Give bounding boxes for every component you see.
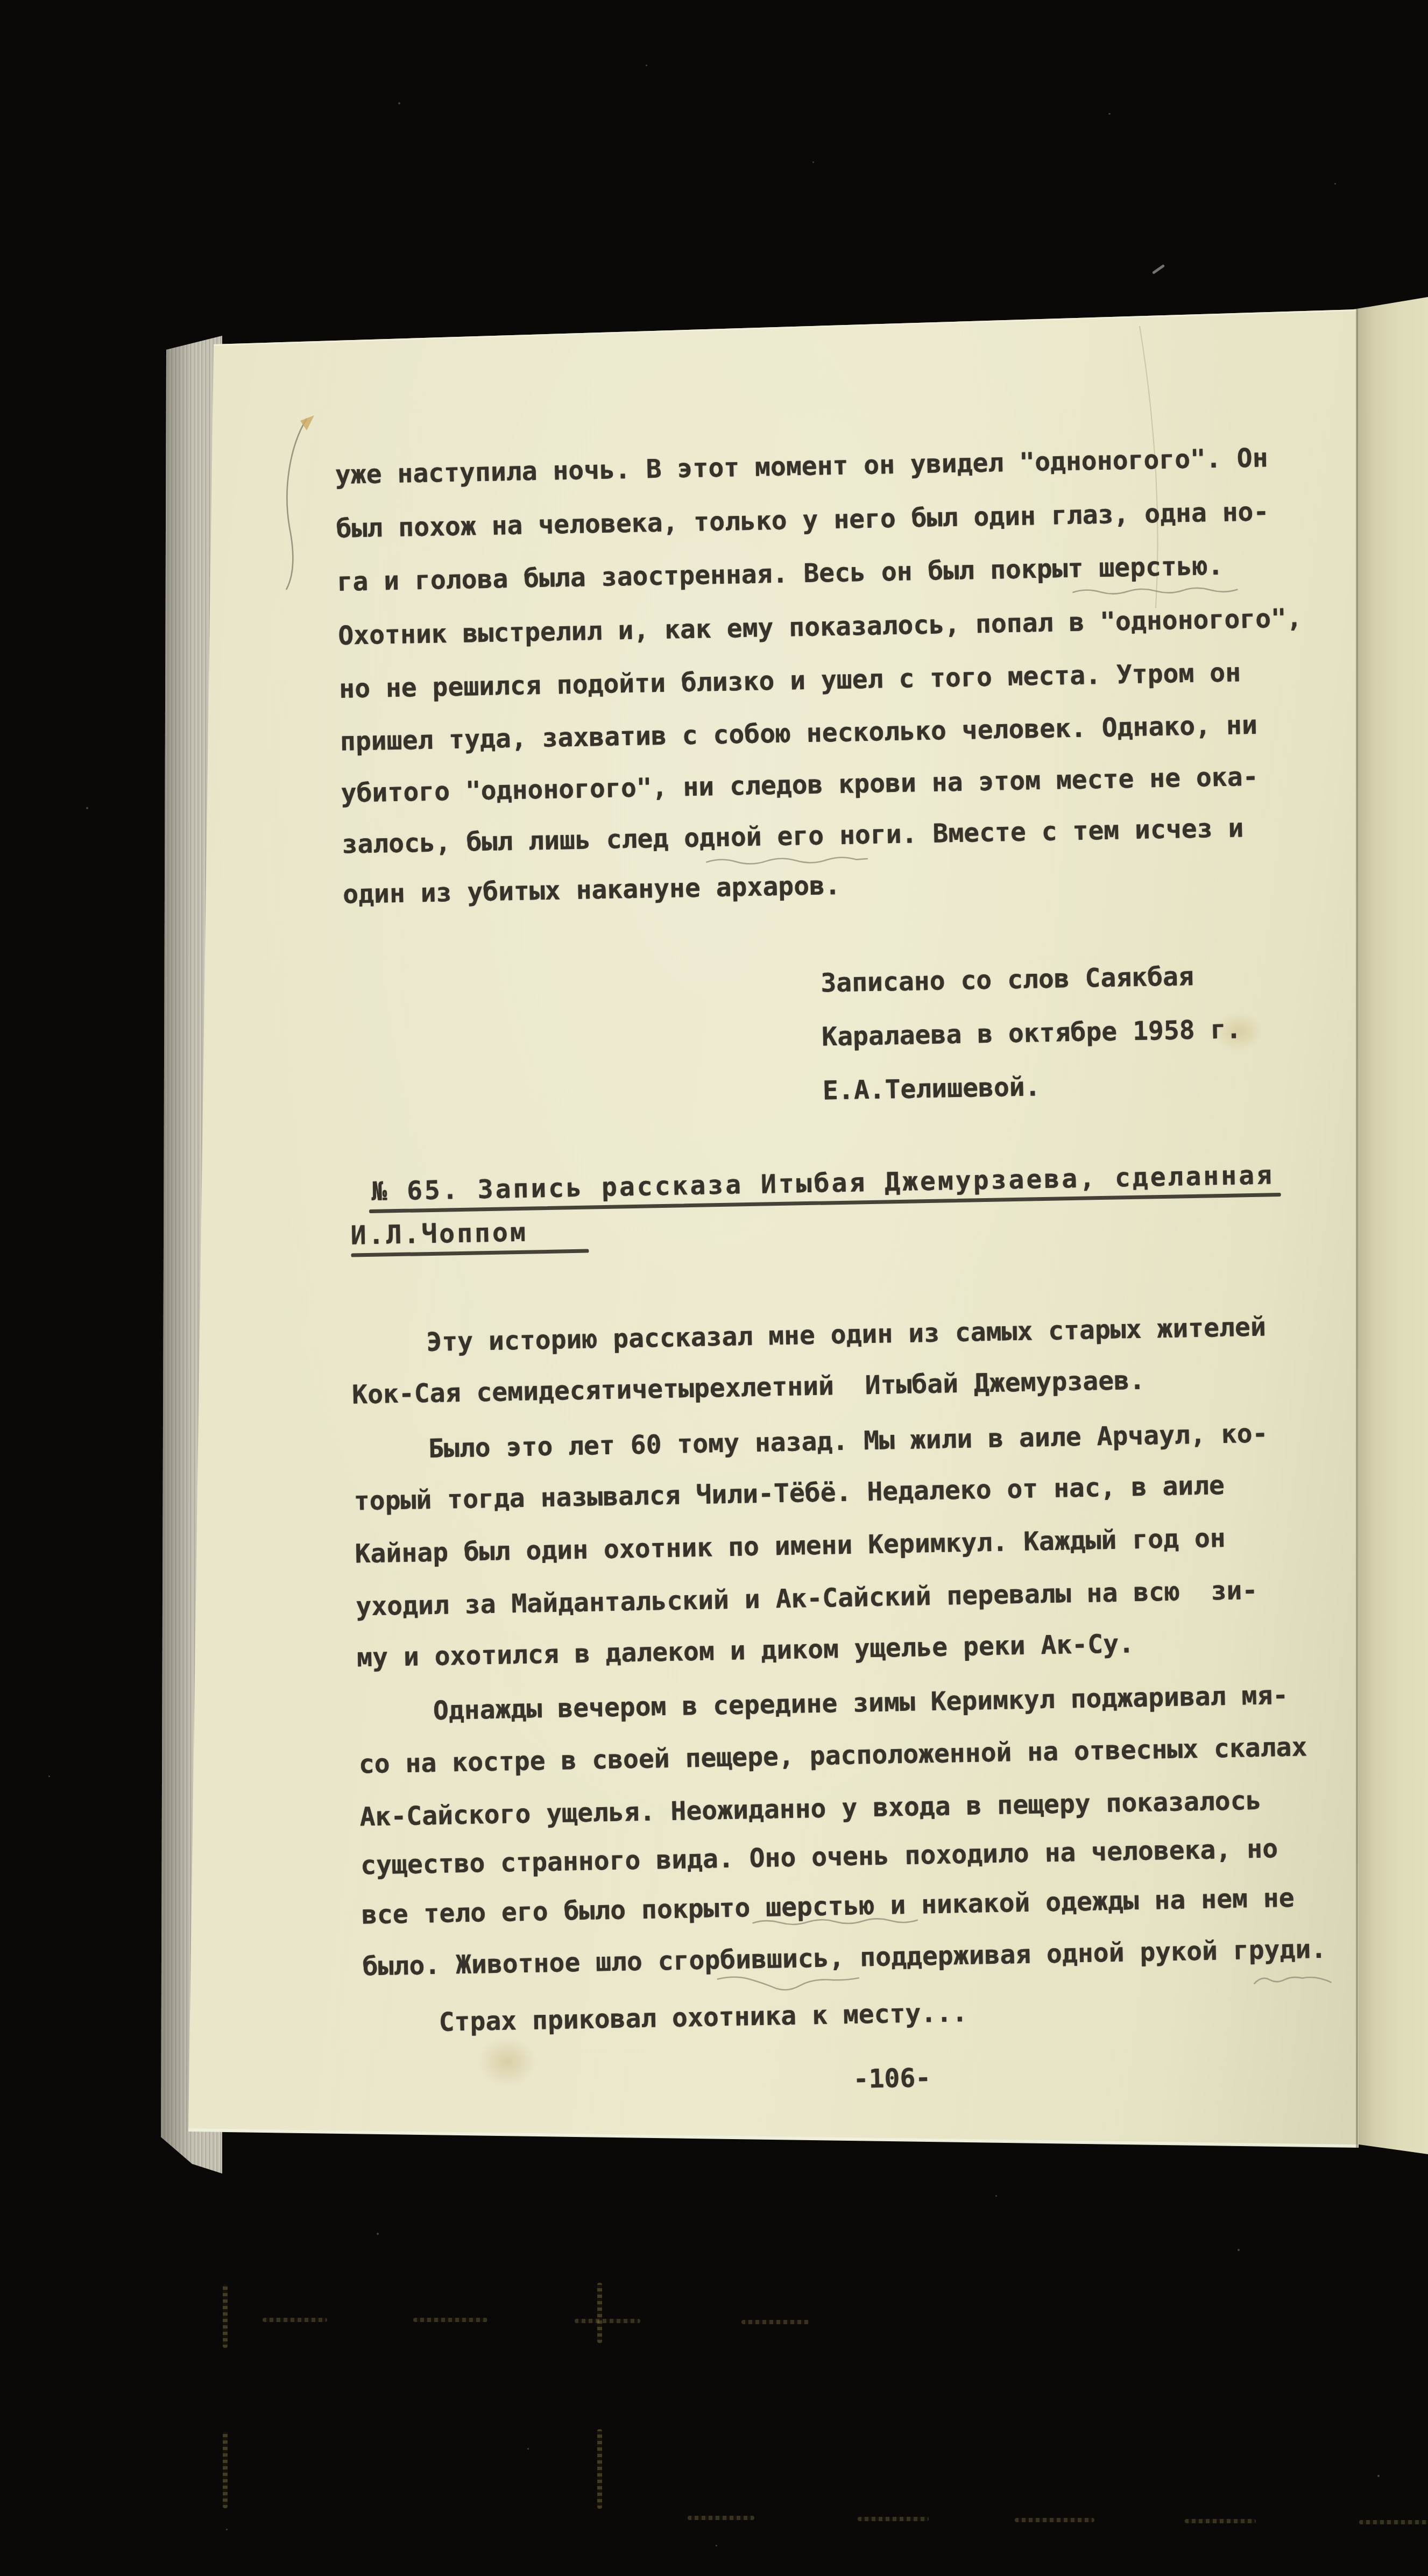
attribution-line: Е.А.Телишевой. (823, 1073, 1041, 1104)
paragraph-line: му и охотился в далеком и диком ущелье р… (357, 1630, 1135, 1671)
stitch-mark (223, 2284, 228, 2348)
paragraph-line: торый тогда назывался Чили-Тёбё. Недалек… (354, 1472, 1225, 1515)
stitch-mark (597, 2283, 602, 2343)
stitch-mark (1185, 2519, 1256, 2523)
paragraph-line: Было это лет 60 тому назад. Мы жили в аи… (428, 1420, 1268, 1462)
paragraph-line: уходил за Майдантальский и Ак-Сайский пе… (356, 1577, 1258, 1620)
lint-speck (398, 102, 400, 104)
lint-speck (86, 807, 88, 809)
paragraph-line: Кайнар был один охотник по имени Керимку… (355, 1525, 1226, 1568)
typescript-page: уже наступила ночь. В этот момент он уви… (188, 301, 1359, 2152)
lint-speck (226, 2529, 228, 2530)
attribution-line: Каралаева в октябре 1958 г. (822, 1016, 1242, 1050)
stitch-mark (575, 2319, 640, 2323)
typed-line: был похож на человека, только у него был… (336, 498, 1269, 542)
lint-speck (48, 1775, 50, 1777)
page-number: -106- (853, 2064, 931, 2093)
lint-speck (1238, 2249, 1240, 2251)
lint-speck (377, 2233, 379, 2235)
lint-speck (1108, 113, 1111, 115)
typed-line: уже наступила ночь. В этот момент он уви… (335, 444, 1268, 489)
wavy-underline (704, 853, 871, 867)
paragraph-line: Ак-Сайского ущелья. Неожиданно у входа в… (359, 1787, 1262, 1831)
wavy-underline (1252, 1972, 1333, 1990)
lint-speck (716, 2545, 717, 2546)
paragraph-line: Кок-Сая семидесятичетырехлетний Итыбай Д… (352, 1367, 1145, 1409)
typed-line: Охотник выстрелил и, как ему показалось,… (338, 605, 1302, 649)
stitch-mark (858, 2517, 929, 2521)
gutter-crease (1356, 309, 1358, 2148)
typed-text-block: уже наступила ночь. В этот момент он уви… (332, 284, 1345, 2152)
typed-line: пришел туда, захватив с собою несколько … (340, 712, 1258, 755)
stitch-mark (741, 2320, 809, 2324)
lint-speck (1377, 2475, 1380, 2477)
lint-speck (646, 65, 647, 66)
section-heading-line-2: И.Л.Чоппом (350, 1219, 528, 1249)
lint-speck (527, 2448, 529, 2450)
stitch-mark (1015, 2518, 1094, 2522)
heading-underline (351, 1249, 589, 1257)
photo-background: уже наступила ночь. В этот момент он уви… (0, 0, 1428, 2576)
attribution-line: Записано со слов Саякбая (821, 963, 1194, 997)
paragraph-line: существо странного вида. Оно очень поход… (360, 1835, 1278, 1879)
paragraph-line: со на костре в своей пещере, расположенн… (358, 1733, 1307, 1778)
stitch-mark (688, 2516, 754, 2520)
lint-fiber (1152, 264, 1165, 274)
stitch-mark (223, 2432, 228, 2508)
wavy-underline (714, 1972, 863, 1993)
closing-line: Страх приковал охотника к месту... (439, 1999, 967, 2036)
typed-line: убитого "одноногого", ни следов крови на… (341, 763, 1259, 807)
stitch-mark (1359, 2520, 1428, 2524)
stitch-mark (413, 2318, 487, 2322)
lint-speck (995, 2195, 997, 2197)
stitch-mark (597, 2429, 602, 2509)
typed-line: залось, был лишь след одной его ноги. Вм… (342, 815, 1244, 858)
wavy-underline (1071, 584, 1243, 597)
pencil-margin-mark (279, 414, 322, 597)
typed-line: один из убитых накануне архаров. (343, 872, 841, 908)
paragraph-line: Однажды вечером в середине зимы Керимкул… (433, 1682, 1289, 1724)
lint-speck (812, 161, 814, 163)
pencil-arrow-mark (300, 415, 314, 430)
stitch-mark (263, 2318, 327, 2322)
lint-speck (1334, 183, 1336, 185)
typed-line: но не решился подойти близко и ушел с то… (339, 659, 1241, 703)
paragraph-line: Эту историю рассказал мне один из самых … (426, 1314, 1266, 1356)
